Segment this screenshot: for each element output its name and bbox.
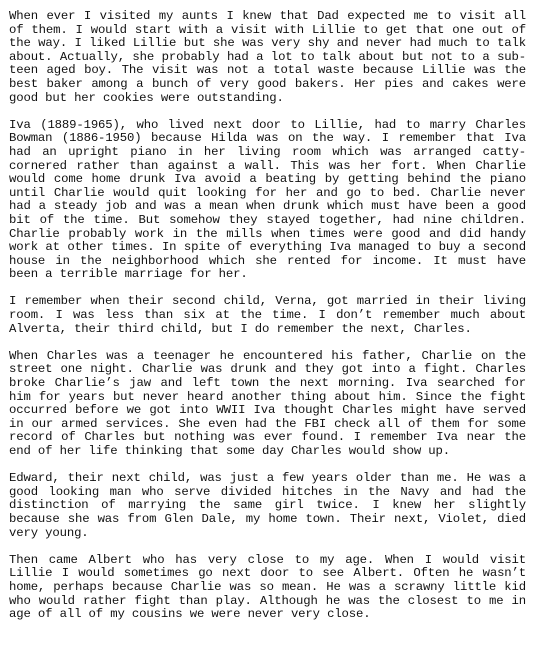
document-page: When ever I visited my aunts I knew that…	[9, 10, 526, 635]
paragraph-lillie-visits: When ever I visited my aunts I knew that…	[9, 10, 526, 105]
paragraph-verna-wedding: I remember when their second child, Vern…	[9, 295, 526, 336]
paragraph-edward: Edward, their next child, was just a few…	[9, 472, 526, 540]
paragraph-albert: Then came Albert who has very close to m…	[9, 554, 526, 622]
paragraph-iva-marriage: Iva (1889-1965), who lived next door to …	[9, 119, 526, 282]
paragraph-charles-fight: When Charles was a teenager he encounter…	[9, 350, 526, 459]
